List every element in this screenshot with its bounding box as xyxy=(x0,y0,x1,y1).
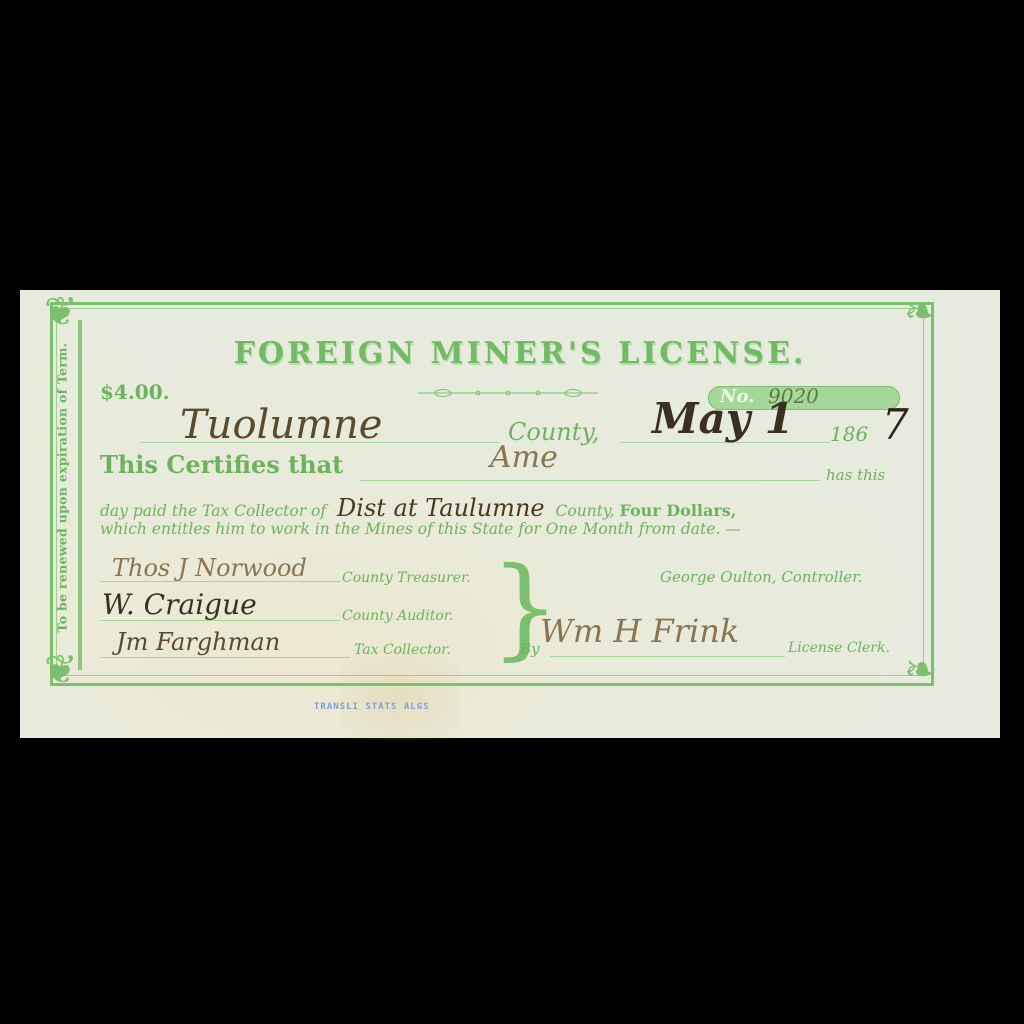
treasurer-signature: Thos J Norwood xyxy=(112,554,307,582)
renewal-note: To be renewed upon expiration of Term. xyxy=(55,328,70,648)
tax-collector-signature: Jm Farghman xyxy=(116,628,280,656)
by-label: By xyxy=(520,640,540,658)
licensee-handwritten: Ame xyxy=(490,440,558,475)
flourish-divider-icon xyxy=(418,388,598,398)
license-document: ❦ ❦ ❧ ❧ To be renewed upon expiration of… xyxy=(20,290,1000,738)
licensee-line xyxy=(360,480,820,481)
printer-stamp: TRANSLI STATS ALGS xyxy=(314,702,430,712)
entitlement-text: which entitles him to work in the Mines … xyxy=(100,520,741,538)
treasurer-role: County Treasurer. xyxy=(342,570,471,586)
ornament-corner-icon: ❦ xyxy=(44,292,78,332)
payment-county: County, xyxy=(556,502,615,520)
year-handwritten: 7 xyxy=(882,400,909,449)
payment-prefix: day paid the Tax Collector of xyxy=(100,502,326,520)
district-handwritten: Dist at Taulumne xyxy=(337,494,545,522)
controller-name: George Oulton, Controller. xyxy=(660,568,862,586)
signature-line xyxy=(100,657,350,658)
auditor-signature: W. Craigue xyxy=(102,588,257,621)
side-border-bar xyxy=(78,320,82,670)
payment-amount: Four Dollars, xyxy=(620,501,737,520)
tax-collector-role: Tax Collector. xyxy=(354,642,451,658)
payment-line: day paid the Tax Collector of Dist at Ta… xyxy=(100,494,736,522)
year-printed: 186 xyxy=(830,422,868,446)
date-handwritten: May 1 xyxy=(652,394,794,443)
ornament-corner-icon: ❧ xyxy=(904,292,938,332)
has-this-text: has this xyxy=(826,466,885,484)
document-title: FOREIGN MINER'S LICENSE. xyxy=(170,336,870,371)
auditor-role: County Auditor. xyxy=(342,608,453,624)
ornament-corner-icon: ❧ xyxy=(904,650,938,690)
clerk-role: License Clerk. xyxy=(788,640,890,656)
ornament-corner-icon: ❦ xyxy=(44,650,78,690)
fee-amount: $4.00. xyxy=(100,380,170,404)
clerk-line xyxy=(550,656,785,657)
clerk-signature: Wm H Frink xyxy=(540,612,739,650)
certifies-label: This Certifies that xyxy=(100,450,343,479)
county-handwritten: Tuolumne xyxy=(180,402,382,448)
